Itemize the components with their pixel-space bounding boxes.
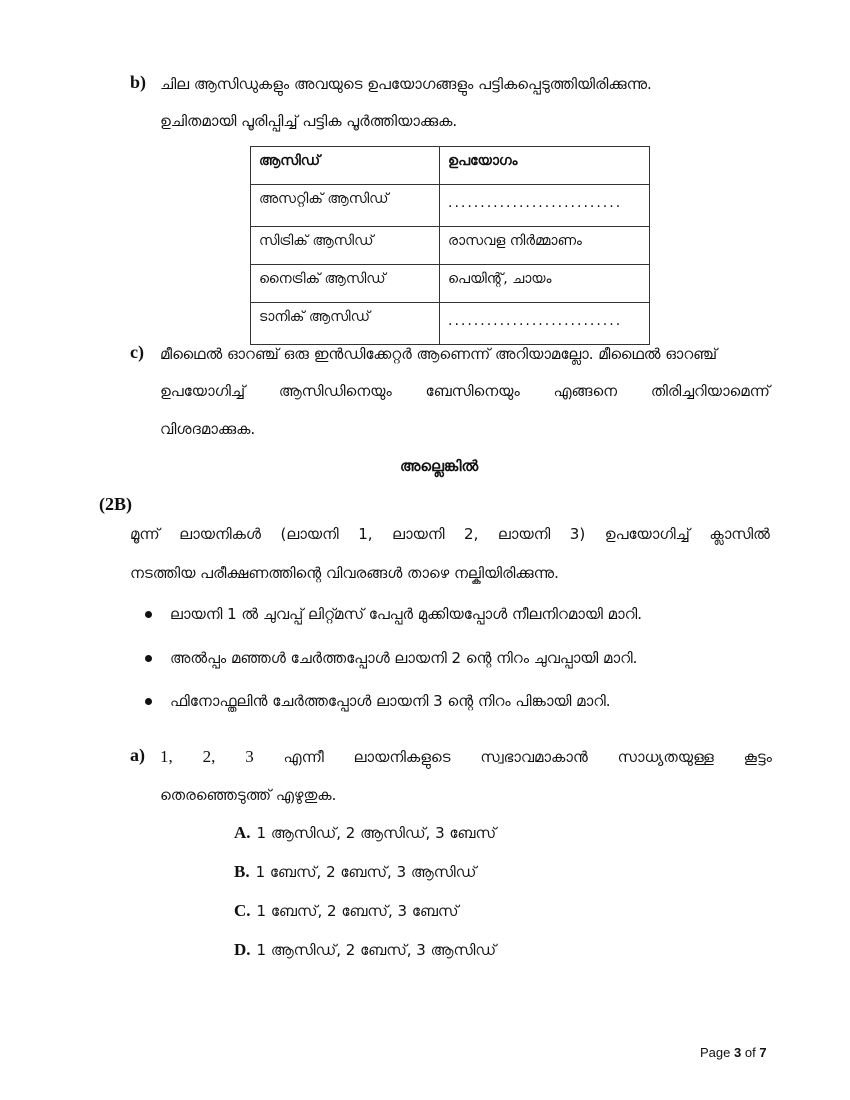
word: 2,: [203, 747, 216, 767]
question-2b-a-line2: തെരഞ്ഞെടുത്ത് എഴുതുക.: [160, 785, 336, 805]
question-2b-label: (2B): [99, 494, 132, 515]
table-cell-use: പെയിന്റ്, ചായം: [440, 265, 650, 303]
word: കൂട്ടം: [744, 747, 772, 767]
option-text: 1 ആസിഡ്, 2 ബേസ്, 3 ആസിഡ്: [257, 941, 497, 959]
table-header-acid: ആസിഡ്: [251, 147, 440, 185]
word: (ലായനി: [281, 524, 339, 544]
word: ബേസിനെയും: [426, 381, 520, 401]
word: ലായനികളുടെ: [354, 747, 451, 767]
option-text: 1 ബേസ്, 2 ബേസ്, 3 ബേസ്: [257, 902, 459, 920]
page-prefix: Page: [700, 1045, 730, 1060]
table-header-row: ആസിഡ് ഉപയോഗം: [251, 147, 650, 185]
question-c-label: c): [130, 342, 144, 363]
word: 3: [245, 747, 254, 767]
word: ലായനി: [498, 524, 550, 544]
option-text: 1 ആസിഡ്, 2 ആസിഡ്, 3 ബേസ്: [257, 824, 497, 842]
page-current: 3: [734, 1045, 741, 1060]
word: തിരിച്ചറിയാമെന്ന്: [651, 381, 770, 401]
question-2b-intro-line2: നടത്തിയ പരീക്ഷണത്തിന്റെ വിവരങ്ങൾ താഴെ നല…: [130, 563, 559, 583]
table-cell-acid: അസറ്റിക് ആസിഡ്: [251, 185, 440, 227]
question-c-line3: വിശദമാക്കുക.: [160, 419, 255, 439]
question-c-line1: മീഥൈൽ ഓറഞ്ച് ഒരു ഇൻഡിക്കേറ്റർ ആണെന്ന് അറ…: [160, 344, 717, 364]
option-letter: D.: [234, 940, 251, 959]
bullet-icon: [145, 655, 152, 662]
table-header-use: ഉപയോഗം: [440, 147, 650, 185]
question-2b-a-line1: 1, 2, 3 എന്നീ ലായനികളുടെ സ്വഭാവമാകാൻ സാധ…: [160, 747, 772, 767]
option-text: 1 ബേസ്, 2 ബേസ്, 3 ആസിഡ്: [256, 863, 477, 881]
word: സ്വഭാവമാകാൻ: [480, 747, 587, 767]
word: ആസിഡിനെയും: [279, 381, 392, 401]
bullet-icon: [145, 611, 152, 618]
table-cell-acid: നൈട്രിക് ആസിഡ്: [251, 265, 440, 303]
table-cell-blank: ...........................: [440, 185, 650, 227]
table-row: സിട്രിക് ആസിഡ് രാസവള നിർമ്മാണം: [251, 227, 650, 265]
table-row: നൈട്രിക് ആസിഡ് പെയിന്റ്, ചായം: [251, 265, 650, 303]
table-row: അസറ്റിക് ആസിഡ് .........................…: [251, 185, 650, 227]
table-cell-acid: സിട്രിക് ആസിഡ്: [251, 227, 440, 265]
word: ഉപയോഗിച്ച്: [605, 524, 690, 544]
option-a: A.1 ആസിഡ്, 2 ആസിഡ്, 3 ബേസ്: [234, 823, 496, 843]
option-letter: C.: [234, 901, 251, 920]
observation-3: ഫിനോഫ്തലിൻ ചേർത്തപ്പോൾ ലായനി 3 ന്റെ നിറം…: [170, 691, 611, 711]
word: 3): [570, 524, 585, 544]
word: ലായനി: [392, 524, 444, 544]
question-b-line2: ഉചിതമായി പൂരിപ്പിച്ച് പട്ടിക പൂർത്തിയാക്…: [160, 111, 457, 131]
page-number: Page 3 of 7: [700, 1045, 767, 1060]
word: എങ്ങനെ: [554, 381, 618, 401]
word: 1,: [160, 747, 173, 767]
observation-1: ലായനി 1 ൽ ചുവപ്പ് ലിറ്റ്മസ് പേപ്പർ മുക്ക…: [170, 604, 642, 624]
page-of: of: [745, 1045, 756, 1060]
bullet-icon: [145, 698, 152, 705]
question-2b-a-label: a): [130, 745, 145, 766]
or-heading: അല്ലെങ്കിൽ: [400, 456, 478, 476]
option-c: C.1 ബേസ്, 2 ബേസ്, 3 ബേസ്: [234, 901, 459, 921]
option-d: D.1 ആസിഡ്, 2 ബേസ്, 3 ആസിഡ്: [234, 940, 496, 960]
word: സാധ്യതയുള്ള: [618, 747, 714, 767]
word: 2,: [464, 524, 478, 544]
word: ലായനികൾ: [179, 524, 261, 544]
acid-uses-table: ആസിഡ് ഉപയോഗം അസറ്റിക് ആസിഡ് ............…: [250, 146, 650, 345]
table-row: ടാനിക് ആസിഡ് ...........................: [251, 303, 650, 345]
question-c-line2: ഉപയോഗിച്ച് ആസിഡിനെയും ബേസിനെയും എങ്ങനെ ത…: [160, 381, 770, 401]
page-total: 7: [759, 1045, 766, 1060]
word: മൂന്ന്: [130, 524, 160, 544]
table-cell-acid: ടാനിക് ആസിഡ്: [251, 303, 440, 345]
word: എന്നീ: [284, 747, 324, 767]
question-b-line1: ചില ആസിഡുകളും അവയുടെ ഉപയോഗങ്ങളും പട്ടികപ…: [160, 74, 652, 94]
option-b: B.1 ബേസ്, 2 ബേസ്, 3 ആസിഡ്: [234, 862, 476, 882]
table-cell-blank: ...........................: [440, 303, 650, 345]
question-2b-intro-line1: മൂന്ന് ലായനികൾ (ലായനി 1, ലായനി 2, ലായനി …: [130, 524, 770, 544]
word: ഉപയോഗിച്ച്: [160, 381, 245, 401]
question-b-label: b): [130, 72, 146, 93]
observation-2: അൽപ്പം മഞ്ഞൾ ചേർത്തപ്പോൾ ലായനി 2 ന്റെ നി…: [170, 648, 637, 668]
table-cell-use: രാസവള നിർമ്മാണം: [440, 227, 650, 265]
option-letter: B.: [234, 862, 250, 881]
word: 1,: [358, 524, 372, 544]
word: ക്ലാസിൽ: [709, 524, 770, 544]
option-letter: A.: [234, 823, 251, 842]
